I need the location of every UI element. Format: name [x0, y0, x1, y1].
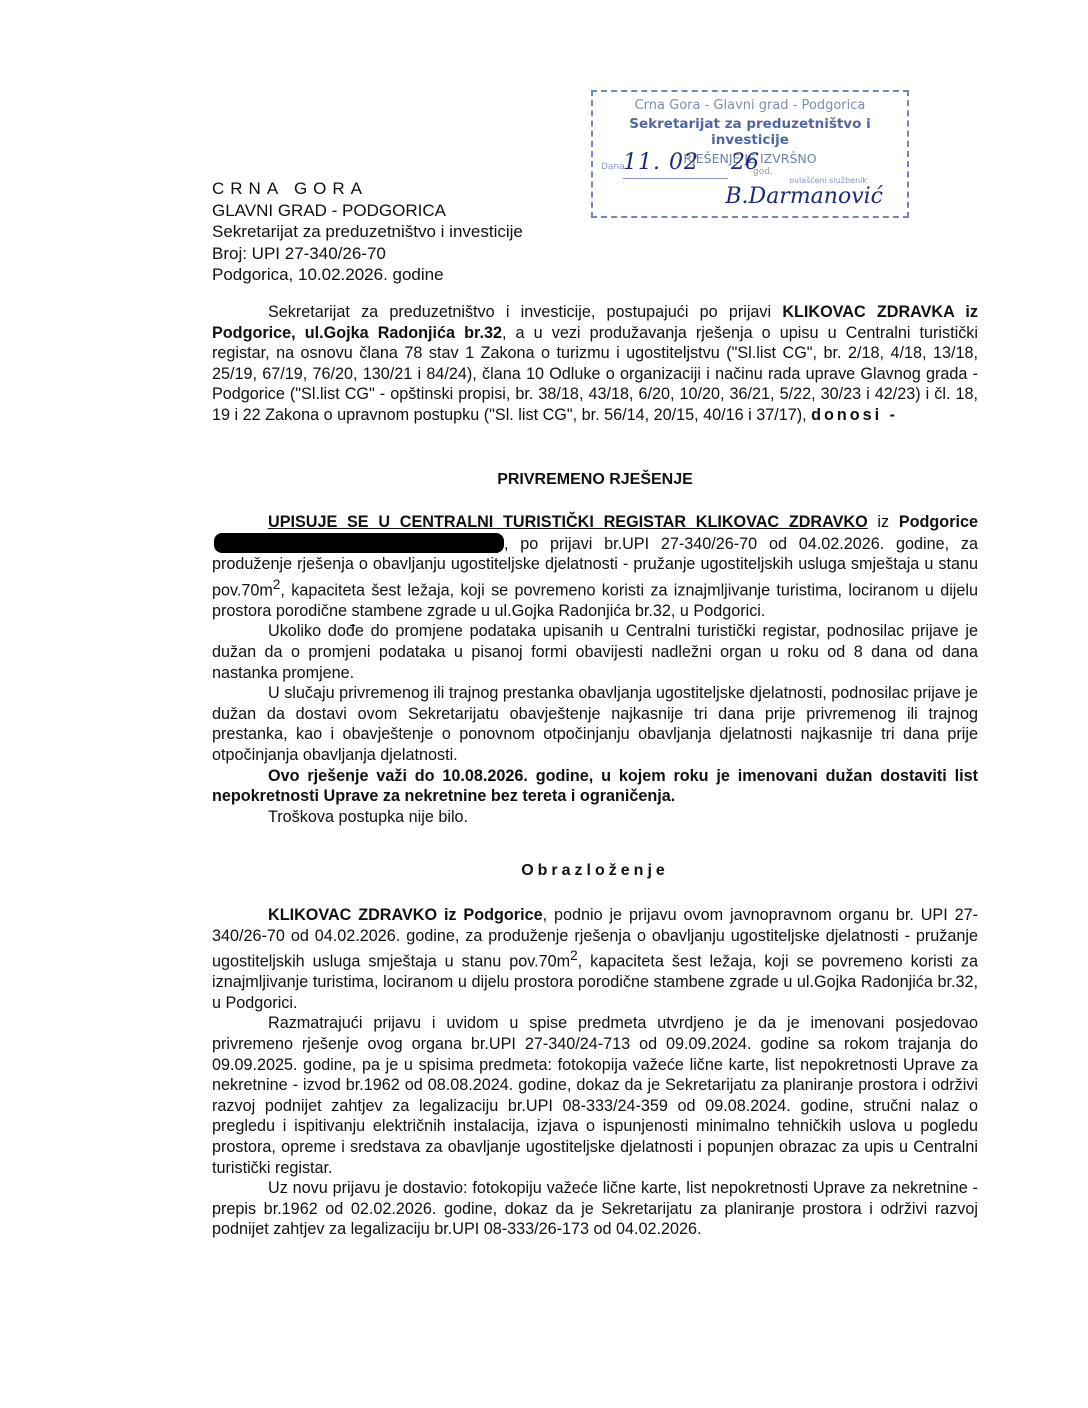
decision-paragraph-3: U slučaju privremenog ili trajnog presta…: [212, 683, 978, 765]
intro-paragraph: Sekretarijat za preduzetništvo i investi…: [212, 302, 978, 426]
reasoning-paragraph-3: Uz novu prijavu je dostavio: fotokopiju …: [212, 1178, 978, 1240]
header-country: CRNA GORA: [212, 178, 523, 200]
document-header: CRNA GORA GLAVNI GRAD - PODGORICA Sekret…: [212, 178, 523, 286]
decision-city: Podgorice: [899, 513, 978, 531]
superscript-2: 2: [570, 948, 578, 963]
reasoning-body: KLIKOVAC ZDRAVKO iz Podgorice, podnio je…: [212, 905, 978, 1240]
header-number: Broj: UPI 27-340/26-70: [212, 243, 523, 265]
reasoning-paragraph-2: Razmatrajući prijavu i uvidom u spise pr…: [212, 1013, 978, 1178]
reasoning-title: Obrazloženje: [212, 862, 978, 880]
redacted-address: [214, 533, 504, 553]
decision-heading-text: UPISUJE SE U CENTRALNI TURISTIČKI REGIST…: [268, 513, 868, 531]
donosi: donosi -: [811, 406, 898, 424]
stamp-god-label: god.: [753, 167, 773, 177]
header-secretariat: Sekretarijat za preduzetništvo i investi…: [212, 221, 523, 243]
decision-body: UPISUJE SE U CENTRALNI TURISTIČKI REGIST…: [212, 512, 978, 827]
decision-paragraph-validity: Ovo rješenje važi do 10.08.2026. godine,…: [212, 766, 978, 807]
decision-paragraph-2: Ukoliko dođe do promjene podataka upisan…: [212, 621, 978, 683]
executive-stamp: Crna Gora - Glavni grad - Podgorica Sekr…: [591, 90, 909, 218]
decision-text-2: , kapaciteta šest ležaja, koji se povrem…: [212, 581, 978, 620]
header-place-date: Podgorica, 10.02.2026. godine: [212, 264, 523, 286]
stamp-signature: B.Darmanović: [725, 184, 883, 209]
decision-paragraph-costs: Troškova postupka nije bilo.: [212, 807, 978, 828]
stamp-handwritten-date: 11. 02: [623, 150, 699, 175]
stamp-line-1: Crna Gora - Glavni grad - Podgorica: [593, 98, 907, 113]
document-page: Crna Gora - Glavni grad - Podgorica Sekr…: [0, 0, 1088, 1408]
stamp-date-label: Dana: [601, 162, 625, 172]
decision-text-iz: iz: [868, 513, 899, 531]
intro-text-1: Sekretarijat za preduzetništvo i investi…: [268, 303, 782, 321]
stamp-date-line: [623, 178, 728, 179]
stamp-line-2: Sekretarijat za preduzetništvo i investi…: [593, 116, 907, 148]
reasoning-applicant: KLIKOVAC ZDRAVKO iz Podgorice: [268, 906, 543, 924]
header-city: GLAVNI GRAD - PODGORICA: [212, 200, 523, 222]
decision-title: PRIVREMENO RJEŠENJE: [212, 471, 978, 489]
